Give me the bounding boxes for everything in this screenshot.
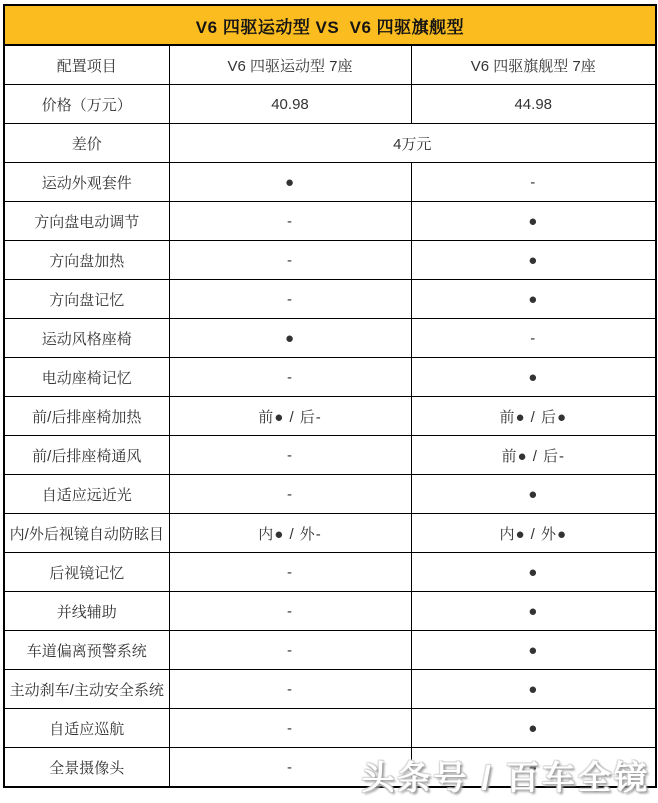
spec-flagship-value: ●: [411, 748, 656, 788]
spec-flagship-value: ●: [411, 475, 656, 514]
spec-label: 全景摄像头: [4, 748, 169, 788]
title-row: V6 四驱运动型 VS V6 四驱旗舰型: [4, 5, 656, 45]
difference-row: 差价 4万元: [4, 124, 656, 163]
spec-label: 运动外观套件: [4, 163, 169, 202]
spec-flagship-value: ●: [411, 202, 656, 241]
spec-row: 方向盘记忆 - ●: [4, 280, 656, 319]
spec-flagship-value: ●: [411, 670, 656, 709]
spec-sport-value: -: [169, 592, 411, 631]
spec-flagship-value: ●: [411, 631, 656, 670]
spec-sport-value: -: [169, 553, 411, 592]
spec-sport-value: 前● / 后-: [169, 397, 411, 436]
spec-row: 电动座椅记忆 - ●: [4, 358, 656, 397]
spec-sport-value: -: [169, 670, 411, 709]
spec-label: 电动座椅记忆: [4, 358, 169, 397]
spec-sport-value: -: [169, 436, 411, 475]
spec-label: 后视镜记忆: [4, 553, 169, 592]
spec-label: 并线辅助: [4, 592, 169, 631]
col-header-sport-trim: V6 四驱运动型 7座: [169, 45, 411, 85]
spec-row: 方向盘电动调节 - ●: [4, 202, 656, 241]
spec-sport-value: -: [169, 748, 411, 788]
spec-flagship-value: -: [411, 163, 656, 202]
spec-label: 自适应远近光: [4, 475, 169, 514]
comparison-page: V6 四驱运动型 VS V6 四驱旗舰型 配置项目 V6 四驱运动型 7座 V6…: [0, 0, 658, 803]
spec-flagship-value: -: [411, 319, 656, 358]
spec-label: 主动刹车/主动安全系统: [4, 670, 169, 709]
spec-label: 前/后排座椅加热: [4, 397, 169, 436]
spec-label: 内/外后视镜自动防眩目: [4, 514, 169, 553]
comparison-table: V6 四驱运动型 VS V6 四驱旗舰型 配置项目 V6 四驱运动型 7座 V6…: [3, 4, 657, 788]
difference-label: 差价: [4, 124, 169, 163]
spec-label: 方向盘记忆: [4, 280, 169, 319]
spec-label: 方向盘加热: [4, 241, 169, 280]
spec-row: 运动风格座椅 ● -: [4, 319, 656, 358]
spec-flagship-value: ●: [411, 241, 656, 280]
spec-sport-value: -: [169, 358, 411, 397]
spec-row: 车道偏离预警系统 - ●: [4, 631, 656, 670]
spec-row: 方向盘加热 - ●: [4, 241, 656, 280]
spec-sport-value: 内● / 外-: [169, 514, 411, 553]
spec-flagship-value: ●: [411, 358, 656, 397]
spec-flagship-value: ●: [411, 592, 656, 631]
spec-row: 运动外观套件 ● -: [4, 163, 656, 202]
spec-flagship-value: ●: [411, 280, 656, 319]
table-title: V6 四驱运动型 VS V6 四驱旗舰型: [4, 5, 656, 45]
spec-label: 自适应巡航: [4, 709, 169, 748]
price-label: 价格（万元）: [4, 85, 169, 124]
spec-row: 主动刹车/主动安全系统 - ●: [4, 670, 656, 709]
spec-label: 运动风格座椅: [4, 319, 169, 358]
spec-flagship-value: ●: [411, 709, 656, 748]
spec-row: 后视镜记忆 - ●: [4, 553, 656, 592]
spec-sport-value: -: [169, 202, 411, 241]
spec-sport-value: -: [169, 475, 411, 514]
spec-sport-value: -: [169, 241, 411, 280]
spec-label: 前/后排座椅通风: [4, 436, 169, 475]
spec-flagship-value: 前● / 后-: [411, 436, 656, 475]
spec-label: 方向盘电动调节: [4, 202, 169, 241]
spec-row: 内/外后视镜自动防眩目 内● / 外- 内● / 外●: [4, 514, 656, 553]
spec-flagship-value: 前● / 后●: [411, 397, 656, 436]
spec-flagship-value: ●: [411, 553, 656, 592]
spec-row: 前/后排座椅加热 前● / 后- 前● / 后●: [4, 397, 656, 436]
column-header-row: 配置项目 V6 四驱运动型 7座 V6 四驱旗舰型 7座: [4, 45, 656, 85]
col-header-flagship-trim: V6 四驱旗舰型 7座: [411, 45, 656, 85]
col-header-config-item: 配置项目: [4, 45, 169, 85]
price-row: 价格（万元） 40.98 44.98: [4, 85, 656, 124]
spec-sport-value: -: [169, 709, 411, 748]
spec-sport-value: ●: [169, 163, 411, 202]
spec-sport-value: -: [169, 631, 411, 670]
spec-row: 自适应远近光 - ●: [4, 475, 656, 514]
spec-label: 车道偏离预警系统: [4, 631, 169, 670]
spec-flagship-value: 内● / 外●: [411, 514, 656, 553]
price-sport: 40.98: [169, 85, 411, 124]
price-flagship: 44.98: [411, 85, 656, 124]
difference-value: 4万元: [169, 124, 656, 163]
spec-row: 并线辅助 - ●: [4, 592, 656, 631]
spec-sport-value: -: [169, 280, 411, 319]
spec-row: 全景摄像头 - ●: [4, 748, 656, 788]
spec-row: 自适应巡航 - ●: [4, 709, 656, 748]
spec-row: 前/后排座椅通风 - 前● / 后-: [4, 436, 656, 475]
spec-sport-value: ●: [169, 319, 411, 358]
